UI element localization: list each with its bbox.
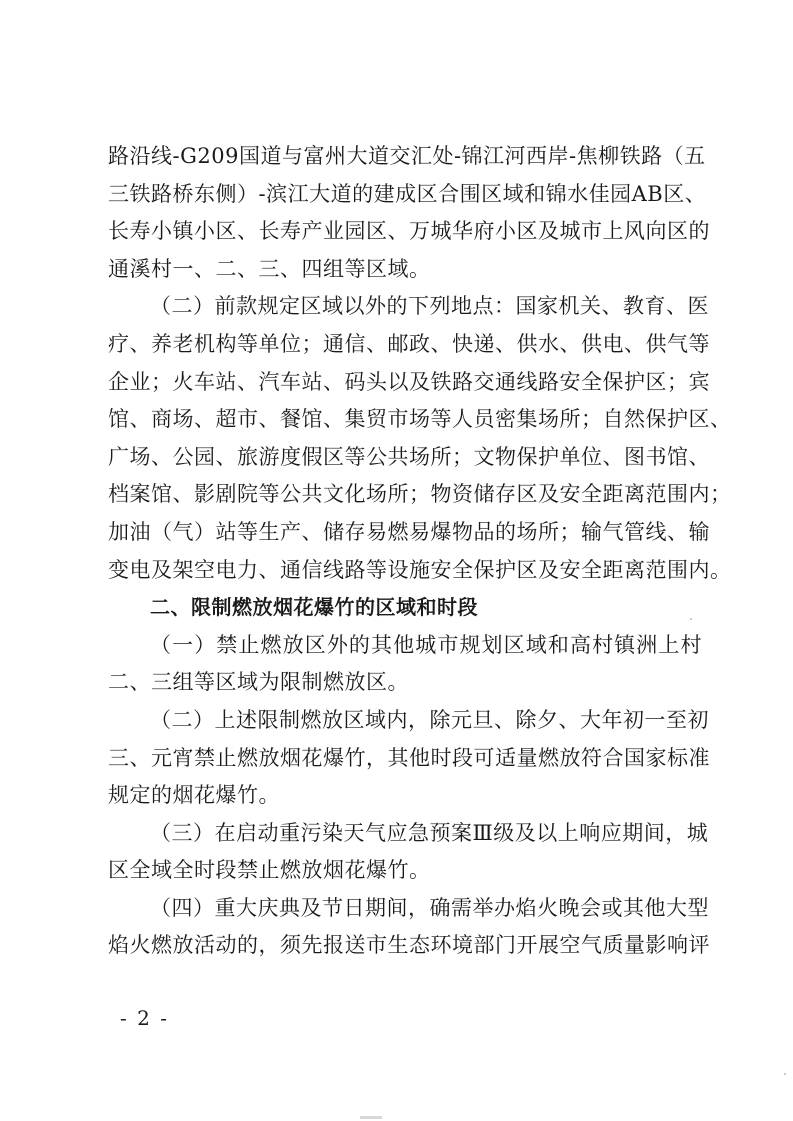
text-line-2: 三铁路桥东侧）-滨江大道的建成区合围区域和锦水佳园AB区、: [108, 176, 702, 214]
paragraph-restricted-2-start: （二）上述限制燃放区域内，除元旦、除夕、大年初一至初: [108, 702, 702, 740]
page-number: - 2 -: [120, 1006, 169, 1030]
section-heading-2: 二、限制燃放烟花爆竹的区域和时段: [108, 589, 702, 627]
text-line-6: 疗、养老机构等单位；通信、邮政、快递、供水、供电、供气等: [108, 326, 702, 364]
text-line-12: 变电及架空电力、通信线路等设施安全保护区及安全距离范围内。: [108, 552, 702, 590]
paragraph-item-2-start: （二）前款规定区域以外的下列地点：国家机关、教育、医: [108, 288, 702, 326]
text-line-1: 路沿线-G209国道与富州大道交汇处-锦江河西岸-焦柳铁路（五: [108, 138, 702, 176]
text-line-3: 长寿小镇小区、长寿产业园区、万城华府小区及城市上风向区的: [108, 213, 702, 251]
text-line-15: 二、三组等区域为限制燃放区。: [108, 664, 702, 702]
paragraph-restricted-3-start: （三）在启动重污染天气应急预案Ⅲ级及以上响应期间，城: [108, 815, 702, 853]
document-body: 路沿线-G209国道与富州大道交汇处-锦江河西岸-焦柳铁路（五 三铁路桥东侧）-…: [108, 138, 702, 965]
text-line-11: 加油（气）站等生产、储存易燃易爆物品的场所；输气管线、输: [108, 514, 702, 552]
text-line-10: 档案馆、影剧院等公共文化场所；物资储存区及安全距离范围内；: [108, 476, 702, 514]
text-line-18: 规定的烟花爆竹。: [108, 777, 702, 815]
text-line-8: 馆、商场、超市、餐馆、集贸市场等人员密集场所；自然保护区、: [108, 401, 702, 439]
scan-speck: [784, 1073, 786, 1075]
text-line-20: 区全域全时段禁止燃放烟花爆竹。: [108, 852, 702, 890]
scan-artifact: [360, 1116, 382, 1119]
scan-speck: [690, 618, 692, 620]
paragraph-restricted-1-start: （一）禁止燃放区外的其他城市规划区域和高村镇洲上村: [108, 627, 702, 665]
text-line-7: 企业；火车站、汽车站、码头以及铁路交通线路安全保护区；宾: [108, 364, 702, 402]
scan-speck: [612, 374, 614, 376]
text-line-4: 通溪村一、二、三、四组等区域。: [108, 251, 702, 289]
text-line-9: 广场、公园、旅游度假区等公共场所；文物保护单位、图书馆、: [108, 439, 702, 477]
text-line-17: 三、元宵禁止燃放烟花爆竹，其他时段可适量燃放符合国家标准: [108, 740, 702, 778]
paragraph-restricted-4-start: （四）重大庆典及节日期间，确需举办焰火晚会或其他大型: [108, 890, 702, 928]
document-page: 路沿线-G209国道与富州大道交汇处-锦江河西岸-焦柳铁路（五 三铁路桥东侧）-…: [0, 0, 793, 1121]
text-line-22: 焰火燃放活动的，须先报送市生态环境部门开展空气质量影响评: [108, 927, 702, 965]
